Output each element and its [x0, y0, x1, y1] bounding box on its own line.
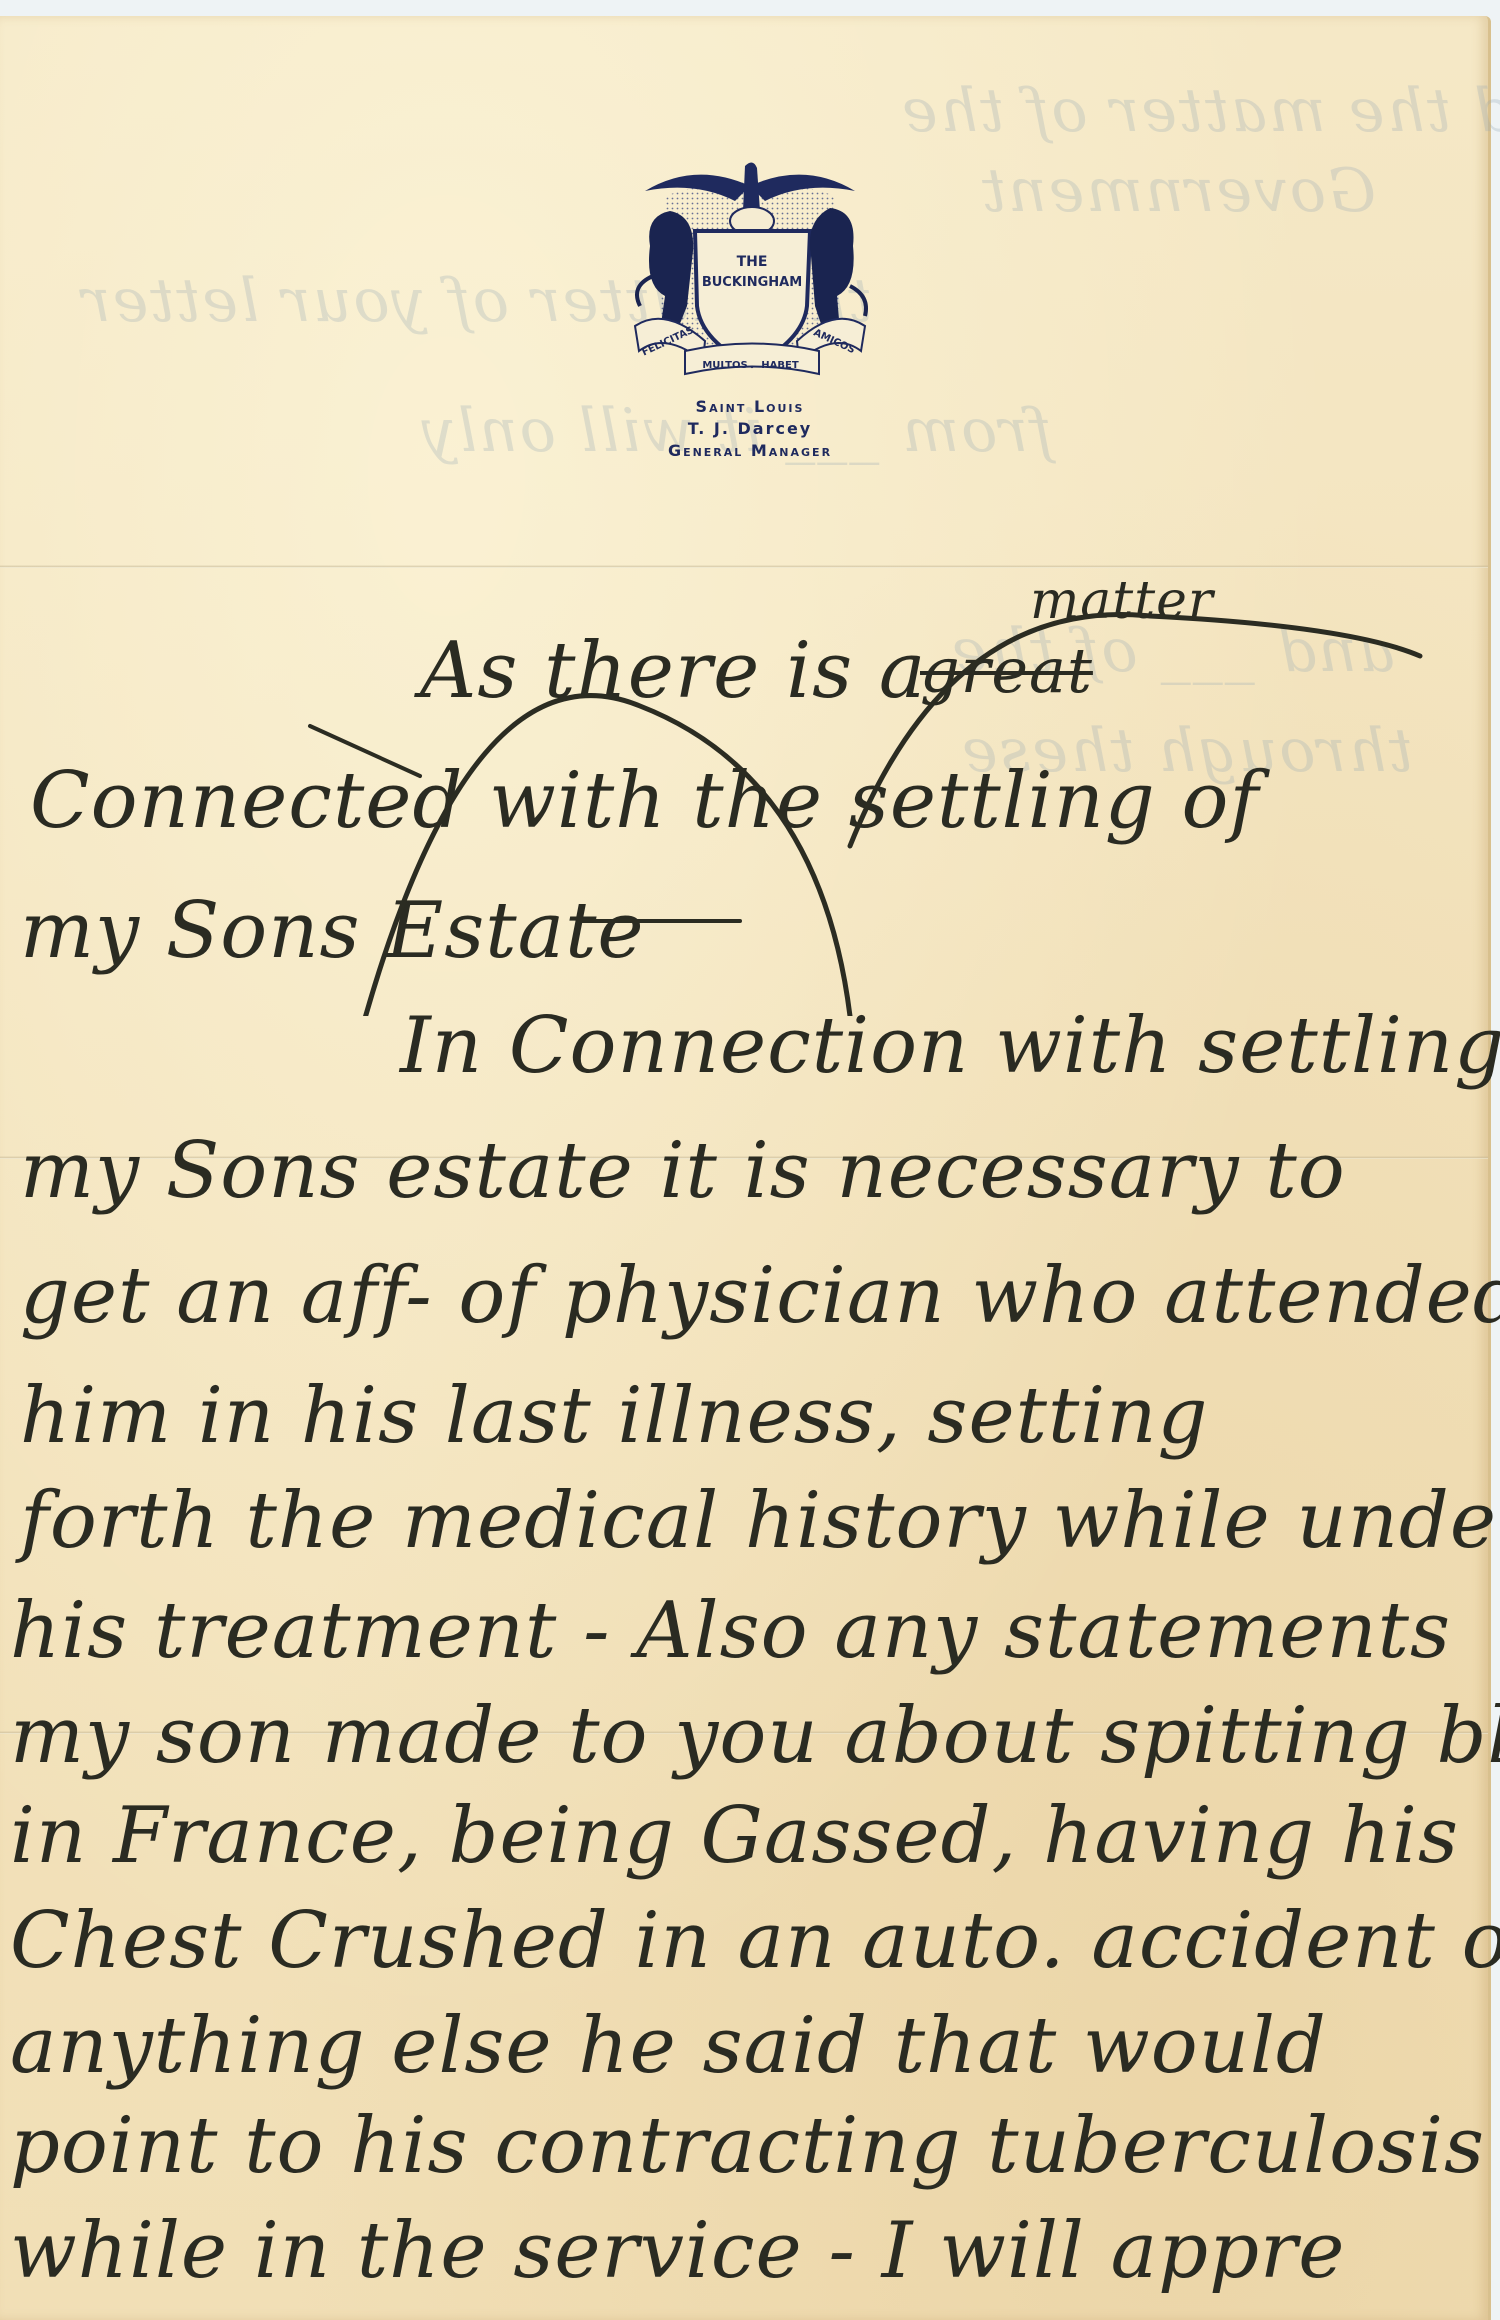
handwriting-line-7: him in his last illness, setting — [20, 1371, 1208, 1461]
handwriting-line-9: his treatment - Also any statements — [10, 1586, 1451, 1676]
letter-page: Exited the matter of the Government the … — [0, 16, 1491, 2320]
handwriting-line-8: forth the medical history while under — [20, 1476, 1500, 1566]
handwriting-line-12: Chest Crushed in an auto. accident or — [10, 1896, 1500, 1986]
handwriting-line-10: my son made to you about spitting blood — [10, 1691, 1500, 1781]
handwriting-line-6: get an aff- of physician who attended — [20, 1251, 1500, 1341]
handwriting-line-5: my Sons estate it is necessary to — [20, 1126, 1346, 1216]
handwriting-line-15: while in the service - I will appre — [10, 2206, 1345, 2296]
handwriting-line-11: in France, being Gassed, having his — [10, 1791, 1459, 1881]
handwriting-line-13: anything else he said that would — [10, 2001, 1327, 2091]
deletion-strokes — [0, 16, 1488, 1016]
handwritten-body: matter great As there is a Connected wit… — [0, 16, 1488, 2320]
handwriting-line-14: point to his contracting tuberculosis — [10, 2101, 1485, 2191]
